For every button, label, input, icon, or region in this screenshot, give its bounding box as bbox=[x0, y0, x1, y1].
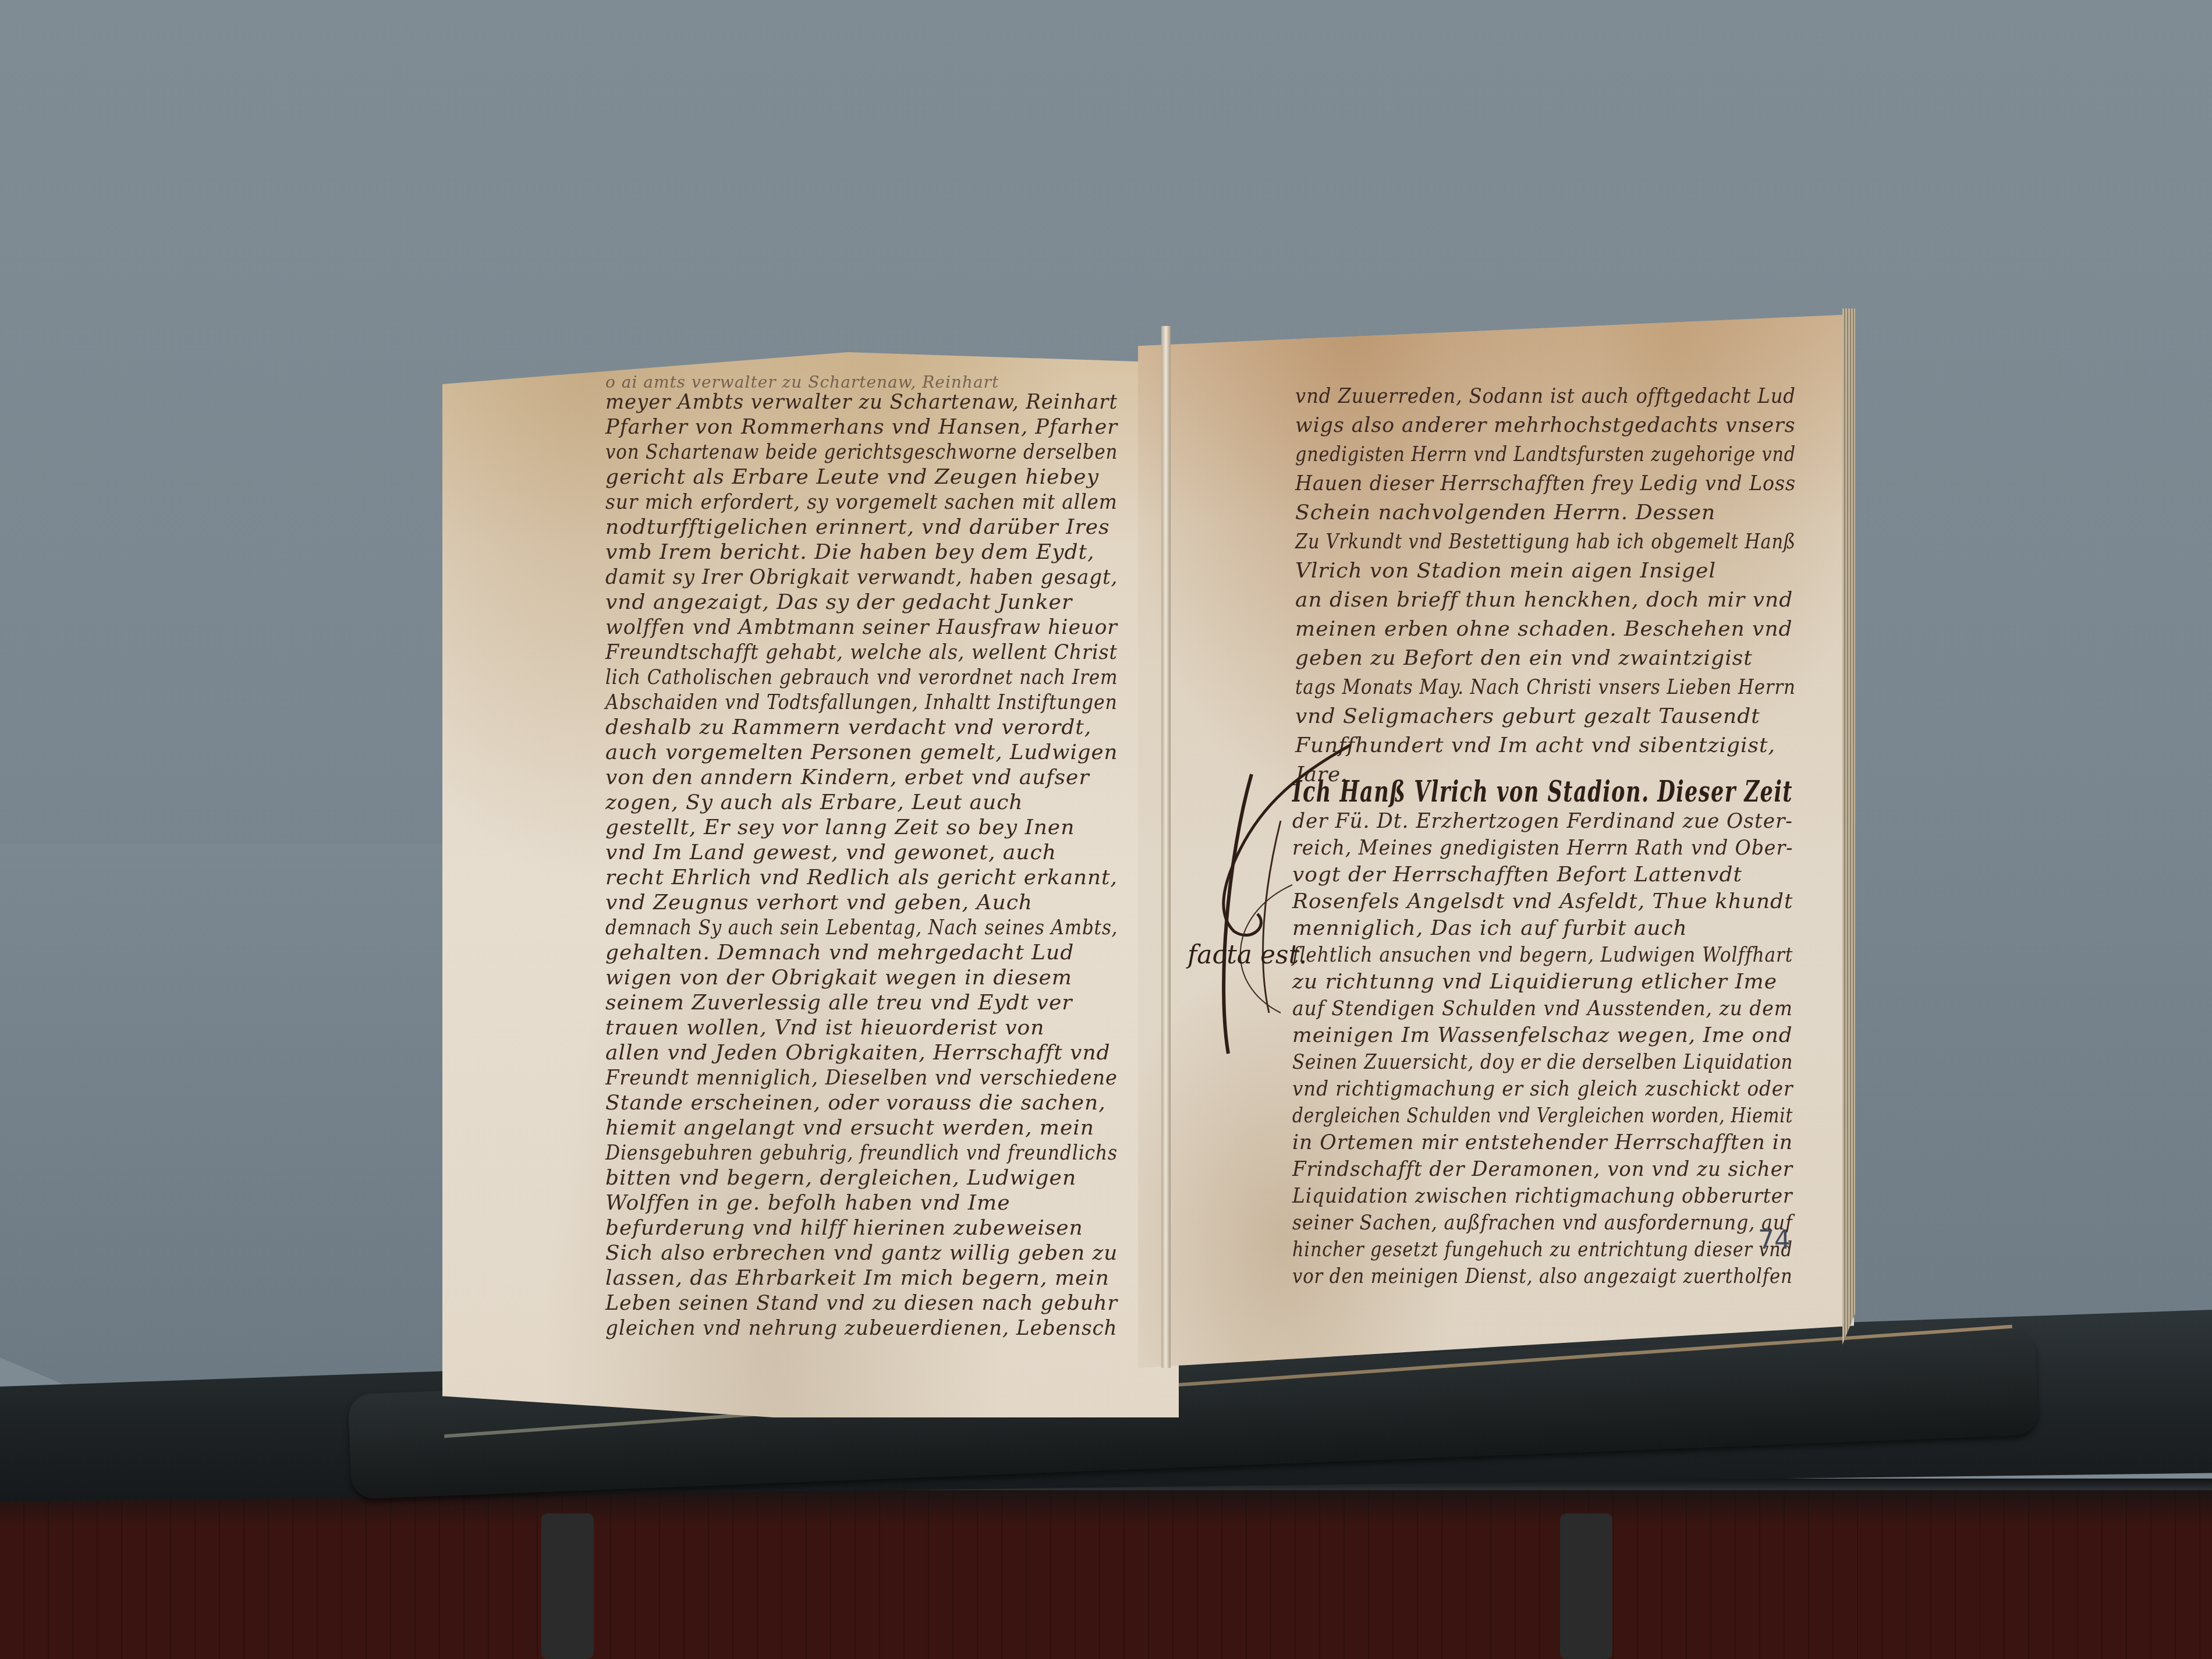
text-line: auch vorgemelten Personen gemelt, Ludwig… bbox=[605, 740, 1118, 764]
text-line: gehalten. Demnach vnd mehrgedacht Lud bbox=[605, 941, 1074, 965]
text-line: Freundt menniglich, Dieselben vnd versch… bbox=[605, 1066, 1118, 1090]
table-leg bbox=[541, 1513, 594, 1659]
text-line: menniglich, Das ich auf furbit auch bbox=[1292, 916, 1688, 940]
text-line: vnd Im Land gewest, vnd gewonet, auch bbox=[605, 841, 1057, 864]
underlying-sheet bbox=[0, 844, 448, 1415]
text-line: an disen brieff thun henckhen, doch mir … bbox=[1295, 588, 1793, 612]
text-line: damit sy Irer Obrigkait verwandt, haben … bbox=[605, 565, 1118, 589]
text-line: hincher gesetzt fungehuch zu entrichtung… bbox=[1292, 1238, 1793, 1261]
text-line: hiemit angelangt vnd ersucht werden, mei… bbox=[605, 1116, 1094, 1140]
text-line: zogen, Sy auch als Erbare, Leut auch bbox=[605, 790, 1023, 814]
text-line: Liquidation zwischen richtigmachung obbe… bbox=[1292, 1184, 1793, 1208]
text-line: Zu Vrkundt vnd Bestettigung hab ich obge… bbox=[1295, 530, 1796, 554]
text-line: Frindschafft der Deramonen, von vnd zu s… bbox=[1292, 1157, 1793, 1181]
table-leg bbox=[1560, 1513, 1612, 1659]
text-line: vnd Zeugnus verhort vnd geben, Auch bbox=[605, 891, 1033, 914]
text-line: Vlrich von Stadion mein aigen Insigel bbox=[1295, 559, 1716, 583]
text-line: seiner Sachen, außfrachen vnd ausfordern… bbox=[1292, 1211, 1793, 1235]
text-line: gnedigisten Herrn vnd Landtsfursten zuge… bbox=[1295, 442, 1796, 466]
text-line: in Ortemen mir entstehender Herrschaffte… bbox=[1292, 1130, 1793, 1154]
text-line: wigen von der Obrigkait wegen in diesem bbox=[605, 966, 1072, 990]
text-line: meinen erben ohne schaden. Beschehen vnd bbox=[1295, 617, 1793, 641]
text-line: lassen, das Ehrbarkeit Im mich begern, m… bbox=[605, 1266, 1109, 1290]
text-line: bitten vnd begern, dergleichen, Ludwigen bbox=[605, 1166, 1076, 1190]
text-line: wolffen vnd Ambtmann seiner Hausfraw hie… bbox=[605, 615, 1118, 639]
text-line: flehtlich ansuchen vnd begern, Ludwigen … bbox=[1292, 943, 1793, 967]
text-line: reich, Meines gnedigisten Herrn Rath vnd… bbox=[1292, 836, 1793, 860]
text-line: vmb Irem bericht. Die haben bey dem Eydt… bbox=[605, 540, 1094, 564]
text-line: dergleichen Schulden vnd Vergleichen wor… bbox=[1292, 1104, 1793, 1128]
text-line: Diensgebuhren gebuhrig, freundlich vnd f… bbox=[605, 1141, 1118, 1165]
text-line: gleichen vnd nehrung zubeuerdienen, Lebe… bbox=[605, 1316, 1118, 1340]
text-line: vor den meinigen Dienst, also angezaigt … bbox=[1292, 1264, 1793, 1288]
text-line: Sich also erbrechen vnd gantz willig geb… bbox=[605, 1241, 1118, 1265]
text-line: Leben seinen Stand vnd zu diesen nach ge… bbox=[605, 1291, 1118, 1315]
text-line: Pfarher von Rommerhans vnd Hansen, Pfarh… bbox=[605, 415, 1118, 439]
text-line: nodturfftigelichen erinnert, vnd darüber… bbox=[605, 515, 1109, 539]
text-line: gericht als Erbare Leute vnd Zeugen hieb… bbox=[605, 465, 1099, 489]
text-line: auf Stendigen Schulden vnd Ausstenden, z… bbox=[1292, 997, 1793, 1020]
text-line: seinem Zuverlessig alle treu vnd Eydt ve… bbox=[605, 991, 1072, 1015]
text-line: Wolffen in ge. befolh haben vnd Ime bbox=[605, 1191, 1011, 1215]
folio-number: 74 bbox=[1758, 1225, 1791, 1255]
text-line: vnd Seligmachers geburt gezalt Tausendt bbox=[1295, 704, 1760, 728]
text-line: von den anndern Kindern, erbet vnd aufse… bbox=[605, 765, 1090, 789]
text-line: Hauen dieser Herrschafften frey Ledig vn… bbox=[1295, 472, 1796, 495]
text-line: zu richtunng vnd Liquidierung etlicher I… bbox=[1292, 970, 1777, 994]
text-line: trauen wollen, Vnd ist hieuorderist von bbox=[605, 1016, 1044, 1040]
text-line: wigs also anderer mehrhochstgedachts vns… bbox=[1295, 413, 1796, 437]
text-line: Stande erscheinen, oder vorauss die sach… bbox=[605, 1091, 1106, 1115]
text-line: vogt der Herrschafften Befort Lattenvdt bbox=[1292, 863, 1742, 887]
text-line: o ai amts verwalter zu Schartenaw, Reinh… bbox=[605, 373, 999, 392]
text-line: Rosenfels Angelsdt vnd Asfeldt, Thue khu… bbox=[1292, 889, 1793, 913]
text-line: vnd angezaigt, Das sy der gedacht Junker bbox=[605, 590, 1072, 614]
text-line: der Fü. Dt. Erzhertzogen Ferdinand zue O… bbox=[1292, 809, 1793, 833]
text-line: gestellt, Er sey vor lanng Zeit so bey I… bbox=[605, 816, 1075, 839]
text-line: Schein nachvolgenden Herrn. Dessen bbox=[1295, 501, 1715, 524]
page-edges bbox=[1842, 309, 1855, 1345]
text-line: befurderung vnd hilff hierinen zubeweise… bbox=[605, 1216, 1083, 1240]
text-line: meinigen Im Wassenfelschaz wegen, Ime on… bbox=[1292, 1023, 1793, 1047]
text-line: meyer Ambts verwalter zu Schartenaw, Rei… bbox=[605, 390, 1118, 414]
text-line: Freundtschafft gehabt, welche als, welle… bbox=[605, 640, 1118, 664]
text-line: recht Ehrlich vnd Redlich als gericht er… bbox=[605, 866, 1118, 889]
book-gutter bbox=[1161, 326, 1171, 1368]
text-line: allen vnd Jeden Obrigkaiten, Herrschafft… bbox=[605, 1041, 1111, 1065]
margin-note: facta est. bbox=[1187, 940, 1307, 970]
text-line: vnd richtigmachung er sich gleich zuschi… bbox=[1292, 1077, 1793, 1101]
charter-heading: Ich Hanß Vlrich von Stadion. Dieser Zeit bbox=[1292, 774, 1793, 809]
text-line: Abschaiden vnd Todtsfallungen, Inhaltt I… bbox=[605, 690, 1118, 714]
text-line: demnach Sy auch sein Lebentag, Nach sein… bbox=[605, 916, 1118, 940]
text-line: vnd Zuuerreden, Sodann ist auch offtgeda… bbox=[1295, 384, 1796, 408]
text-line: geben zu Befort den ein vnd zwaintzigist bbox=[1295, 646, 1753, 670]
text-line: tags Monats May. Nach Christi vnsers Lie… bbox=[1295, 675, 1796, 699]
text-line: deshalb zu Rammern verdacht vnd verordt, bbox=[605, 715, 1091, 739]
text-line: Funffhundert vnd Im acht vnd sibentzigis… bbox=[1295, 733, 1775, 757]
text-line: von Schartenaw beide gerichtsgeschworne … bbox=[605, 440, 1118, 464]
text-line: Seinen Zuuersicht, doy er die derselben … bbox=[1292, 1050, 1793, 1074]
text-line: sur mich erfordert, sy vorgemelt sachen … bbox=[605, 490, 1118, 514]
text-line: lich Catholischen gebrauch vnd verordnet… bbox=[605, 665, 1118, 689]
